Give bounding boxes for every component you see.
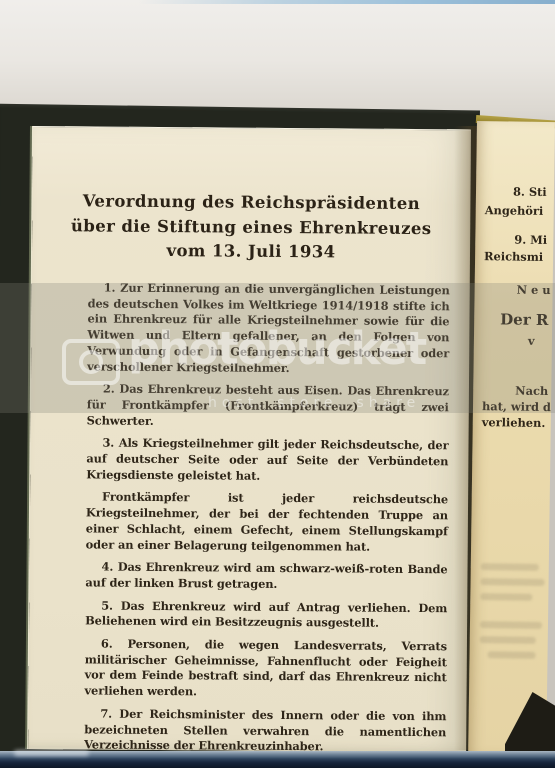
book-photo: Verordnung des Reichspräsidenten über di… [0, 0, 555, 768]
watermark-brand-text: photobucket [128, 323, 425, 375]
decree-paragraph-3a: Frontkämpfer ist jeder reichsdeutsche Kr… [86, 490, 448, 556]
ghost-text-block [488, 651, 536, 659]
decree-paragraph-6: 6. Personen, die wegen Landesverrats, Ve… [84, 636, 446, 702]
left-page: Verordnung des Reichspräsidenten über di… [28, 126, 471, 752]
watermark-tagline: host. store. share [208, 395, 420, 411]
decree-title-line-2: über die Stiftung eines Ehrenkreuzes [32, 213, 470, 241]
right-page-fragment: 8. Sti [513, 186, 547, 199]
ghost-text-block [481, 578, 545, 586]
right-page-fragment: verliehen. [482, 416, 546, 430]
right-page-fragment: Angehöri [485, 204, 544, 218]
scan-edge-top-blue [0, 0, 555, 4]
camera-icon [62, 339, 120, 385]
decree-paragraph-5: 5. Das Ehrenkreuz wird auf Antrag verlie… [85, 598, 447, 632]
decree-title-line-3: vom 13. Juli 1934 [32, 238, 470, 266]
ghost-text-block [480, 593, 532, 601]
right-page-fragment: Reichsmi [484, 250, 543, 264]
ghost-text-block [481, 563, 539, 571]
decree-paragraph-4: 4. Das Ehrenkreuz wird am schwarz-weiß-r… [85, 560, 447, 594]
decree-title-line-1: Verordnung des Reichspräsidenten [32, 189, 470, 217]
scan-edge-glow [14, 750, 89, 756]
ghost-text-block [480, 636, 536, 644]
decree-title: Verordnung des Reichspräsidenten über di… [32, 189, 471, 266]
decree-paragraph-3: 3. Als Kriegsteilnehmer gilt jeder Reich… [86, 436, 448, 486]
camera-lens-icon [79, 350, 103, 374]
right-page: 8. Sti Angehöri 9. Mi Reichsmi Neu Der R… [468, 121, 555, 753]
watermark-band: photobucket host. store. share [0, 283, 555, 413]
ghost-text-block [480, 621, 542, 629]
right-page-fragment: 9. Mi [514, 234, 547, 247]
decree-paragraph-7: 7. Der Reichsminister des Innern oder di… [84, 706, 446, 756]
